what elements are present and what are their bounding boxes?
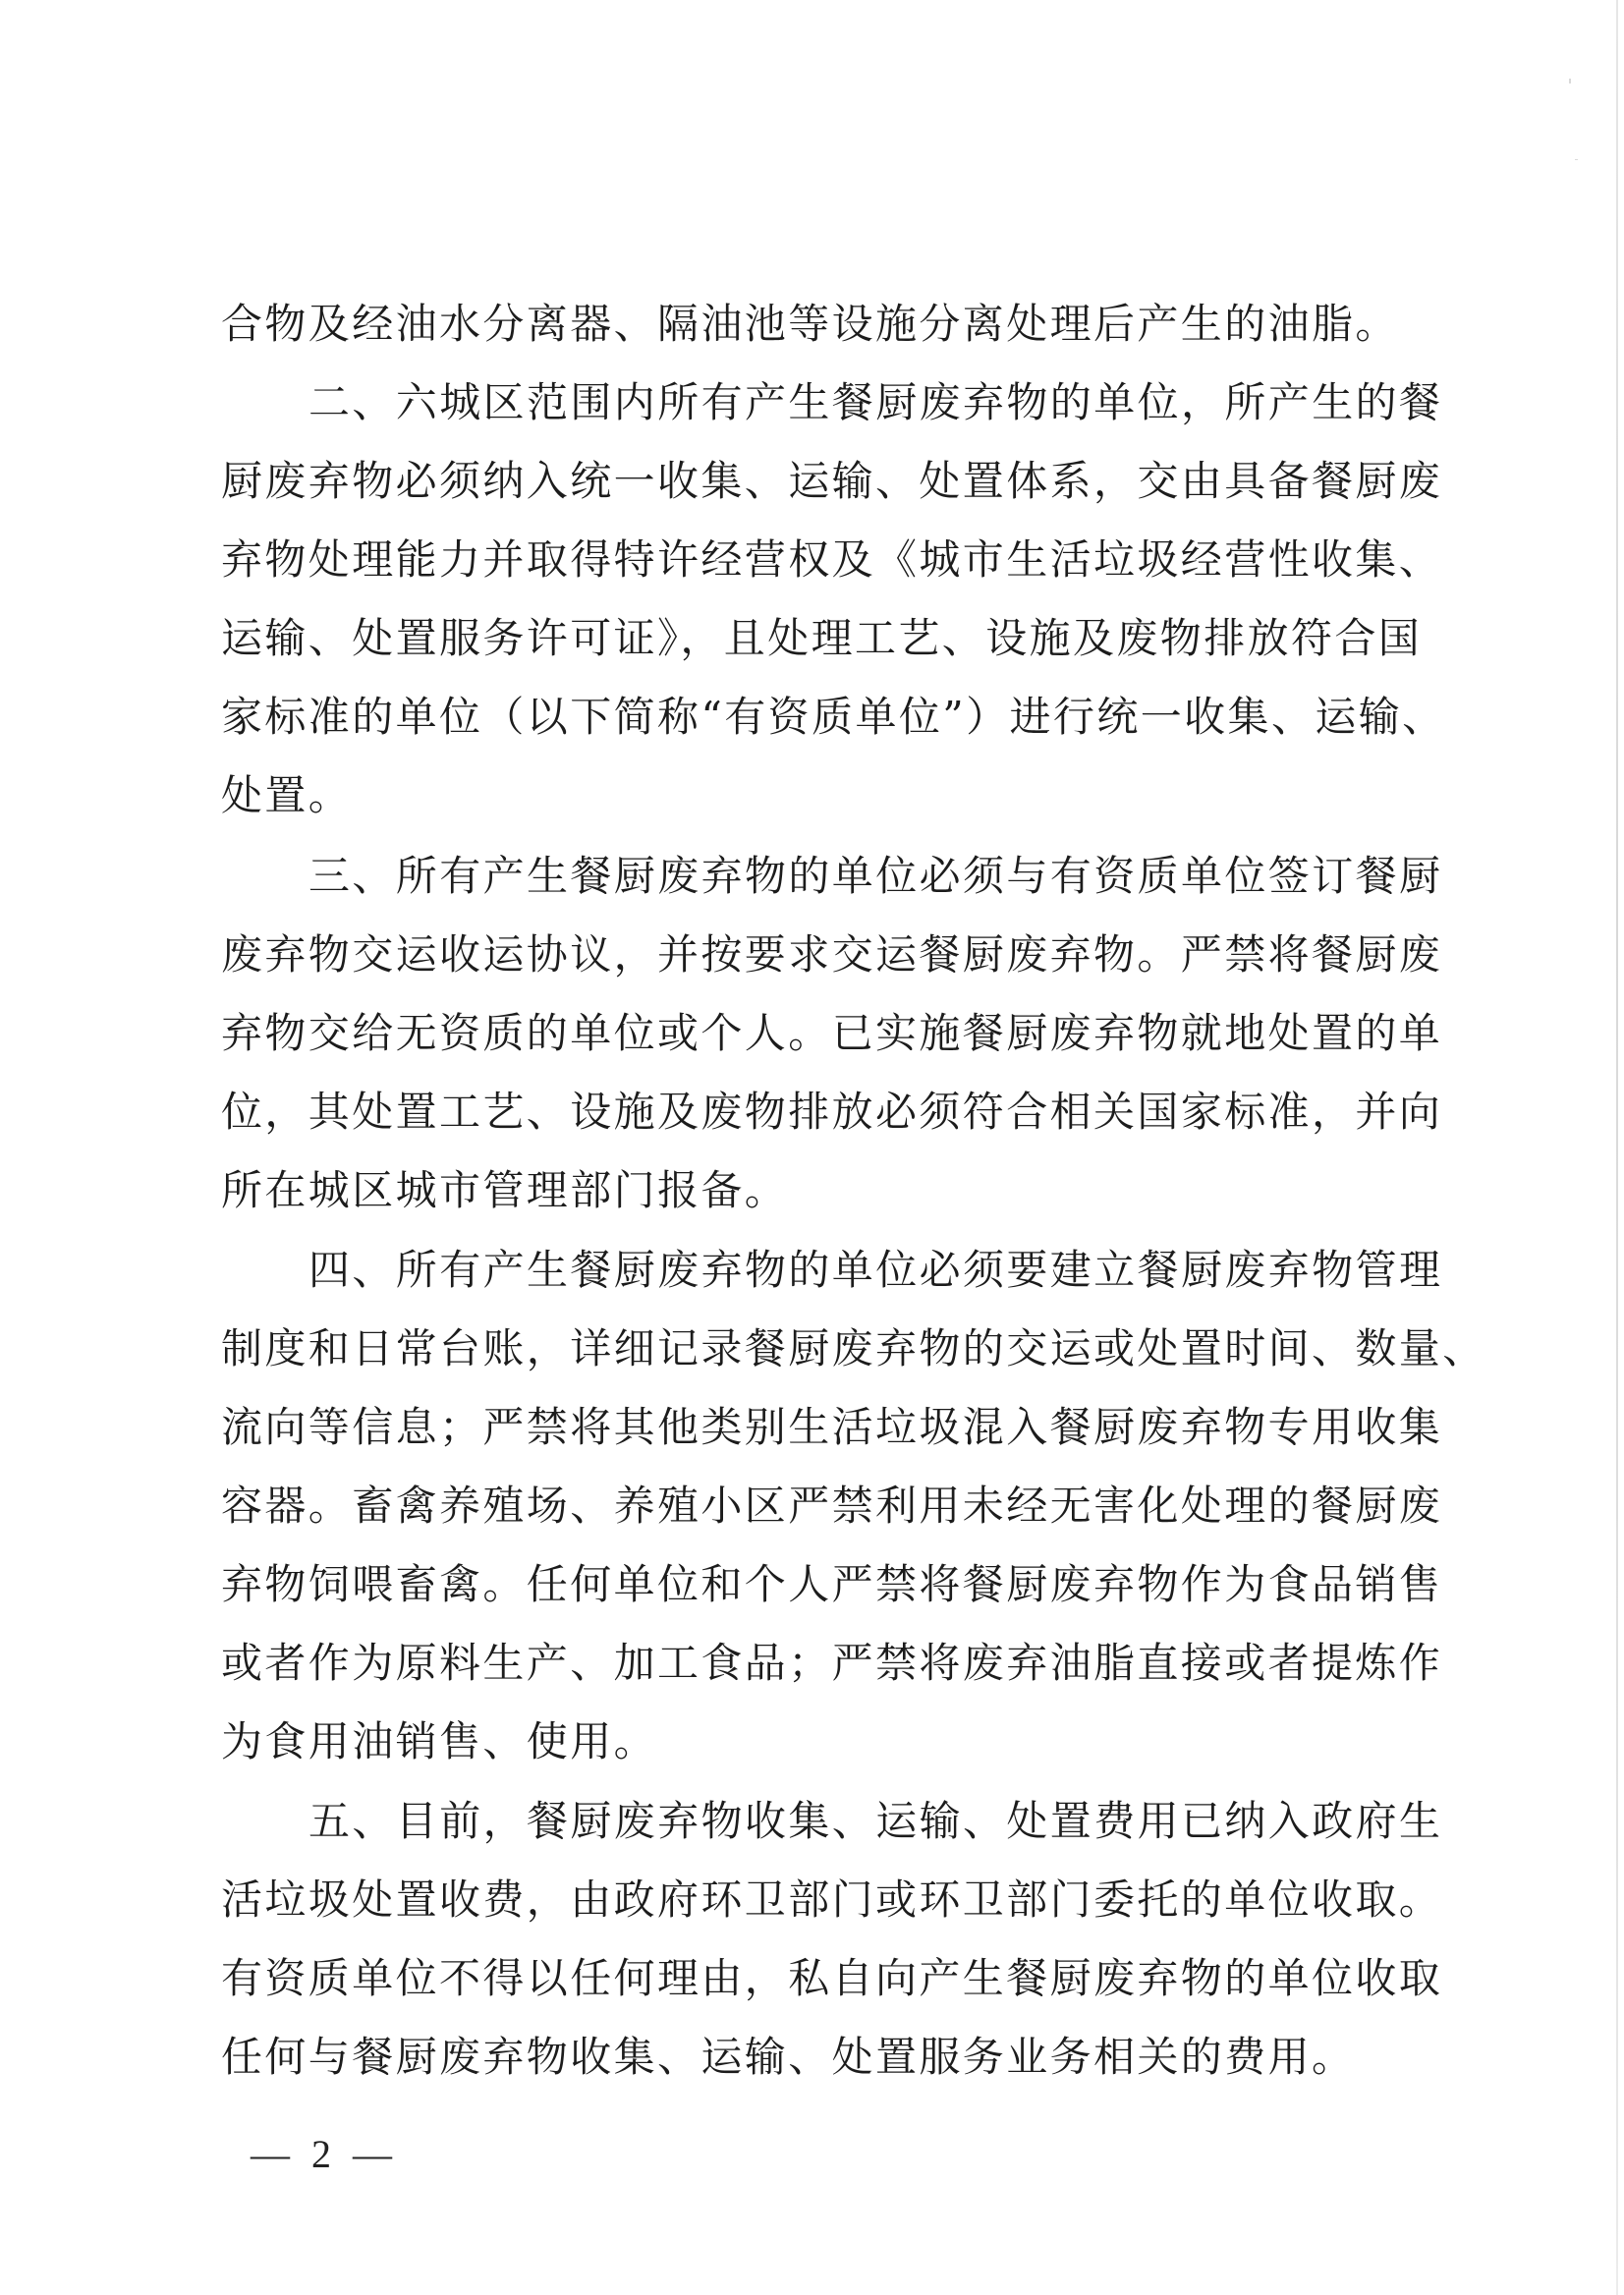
paragraph-2-line-2: 厨废弃物必须纳入统一收集、运输、处置体系，交由具备餐厨废	[221, 452, 1442, 511]
paragraph-3-line-1: 三、所有产生餐厨废弃物的单位必须与有资质单位签订餐厨	[308, 847, 1442, 906]
scan-edge-line	[1616, 0, 1618, 2295]
paragraph-2-line-4: 运输、处置服务许可证》，且处理工艺、设施及废物排放符合国	[221, 609, 1422, 668]
paragraph-4-line-2: 制度和日常台账，详细记录餐厨废弃物的交运或处置时间、数量、	[221, 1319, 1486, 1378]
paragraph-5-line-3: 有资质单位不得以任何理由，私自向产生餐厨废弃物的单位收取	[221, 1949, 1442, 2008]
paragraph-2-line-6: 处置。	[221, 766, 352, 825]
paragraph-2-line-5: 家标准的单位（以下简称“有资质单位”）进行统一收集、运输、	[221, 688, 1446, 747]
paragraph-1-line-1: 合物及经油水分离器、隔油池等设施分离处理后产生的油脂。	[221, 295, 1399, 354]
paragraph-5-line-4: 任何与餐厨废弃物收集、运输、处置服务业务相关的费用。	[221, 2028, 1355, 2087]
paragraph-2-line-3: 弃物处理能力并取得特许经营权及《城市生活垃圾经营性收集、	[221, 531, 1442, 589]
document-page: 合物及经油水分离器、隔油池等设施分离处理后产生的油脂。 二、六城区范围内所有产生…	[0, 0, 1624, 2295]
paragraph-3-line-3: 弃物交给无资质的单位或个人。已实施餐厨废弃物就地处置的单	[221, 1004, 1442, 1063]
paragraph-3-line-5: 所在城区城市管理部门报备。	[221, 1161, 788, 1220]
paragraph-4-line-1: 四、所有产生餐厨废弃物的单位必须要建立餐厨废弃物管理	[308, 1241, 1442, 1300]
paragraph-2-line-1: 二、六城区范围内所有产生餐厨废弃物的单位，所产生的餐	[308, 373, 1442, 432]
paragraph-4-line-7: 为食用油销售、使用。	[221, 1712, 657, 1771]
paragraph-5-line-2: 活垃圾处置收费，由政府环卫部门或环卫部门委托的单位收取。	[221, 1871, 1442, 1930]
paragraph-3-line-2: 废弃物交运收运协议，并按要求交运餐厨废弃物。严禁将餐厨废	[221, 925, 1442, 984]
paragraph-4-line-6: 或者作为原料生产、加工食品；严禁将废弃油脂直接或者提炼作	[221, 1634, 1442, 1693]
paragraph-4-line-5: 弃物饲喂畜禽。任何单位和个人严禁将餐厨废弃物作为食品销售	[221, 1555, 1442, 1614]
paragraph-5-line-1: 五、目前，餐厨废弃物收集、运输、处置费用已纳入政府生	[308, 1792, 1442, 1851]
paragraph-4-line-4: 容器。畜禽养殖场、养殖小区严禁利用未经无害化处理的餐厨废	[221, 1477, 1442, 1536]
scan-speck	[1569, 79, 1571, 84]
paragraph-3-line-4: 位，其处置工艺、设施及废物排放必须符合相关国家标准，并向	[221, 1083, 1442, 1142]
paragraph-4-line-3: 流向等信息；严禁将其他类别生活垃圾混入餐厨废弃物专用收集	[221, 1398, 1442, 1457]
scan-speck	[1575, 159, 1578, 160]
page-number: — 2 —	[251, 2130, 398, 2179]
